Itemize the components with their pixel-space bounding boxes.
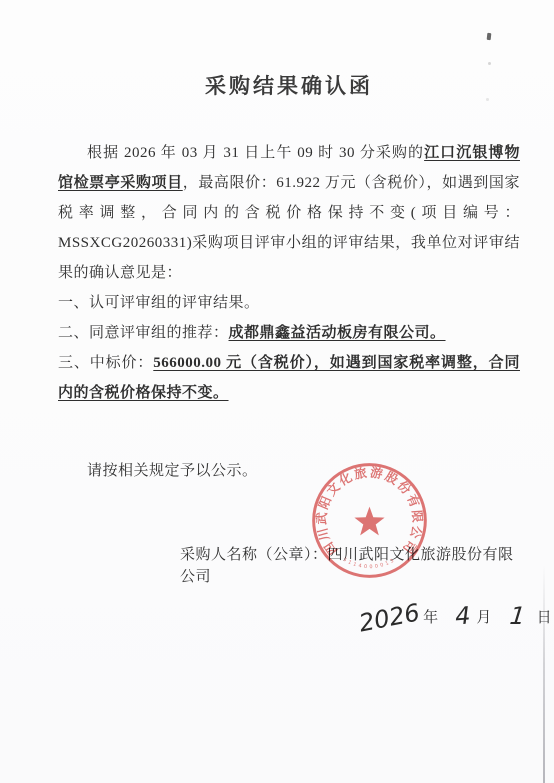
publicity-notice: 请按相关规定予以公示。 (58, 456, 520, 486)
scan-page-edge (543, 565, 545, 783)
purchaser-label: 采购人名称（公章）： (180, 547, 328, 563)
signature-date-row: 2026 年 4 月 1 日 (58, 602, 520, 627)
month-char: 月 (476, 606, 492, 627)
document-body: 采购结果确认函 根据 2026 年 03 月 31 日上午 09 时 30 分采… (0, 0, 554, 627)
handwritten-year: 2026 (357, 600, 422, 635)
confirm-item-3-label: 三、中标价： (58, 355, 153, 371)
confirm-item-1-text: 一、认可评审组的评审结果。 (58, 295, 260, 311)
scan-speck (487, 33, 492, 40)
scan-speck (488, 62, 491, 65)
day-char: 日 (537, 606, 553, 627)
confirm-item-2-label: 二、同意评审组的推荐： (58, 325, 229, 341)
confirm-item-2: 二、同意评审组的推荐：成都鼎鑫益活动板房有限公司。 (58, 318, 520, 348)
confirm-item-1: 一、认可评审组的评审结果。 (58, 288, 520, 318)
confirm-item-3: 三、中标价：566000.00 元（含税价），如遇到国家税率调整，合同内的含税价… (58, 348, 520, 408)
purchaser-signature-row: 采购人名称（公章）：四川武阳文化旅游股份有限公司 (58, 544, 520, 588)
winning-supplier-name: 成都鼎鑫益活动板房有限公司。 (229, 325, 446, 341)
scanned-document-page: 采购结果确认函 根据 2026 年 03 月 31 日上午 09 时 30 分采… (0, 0, 554, 783)
intro-paragraph: 根据 2026 年 03 月 31 日上午 09 时 30 分采购的江口沉银博物… (58, 138, 520, 288)
handwritten-month: 4 (454, 603, 472, 628)
scan-speck (486, 98, 489, 101)
handwritten-day: 1 (509, 604, 528, 628)
page-title: 采购结果确认函 (58, 70, 520, 100)
intro-text-before: 根据 2026 年 03 月 31 日上午 09 时 30 分采购的 (87, 145, 424, 161)
year-char: 年 (423, 606, 439, 627)
